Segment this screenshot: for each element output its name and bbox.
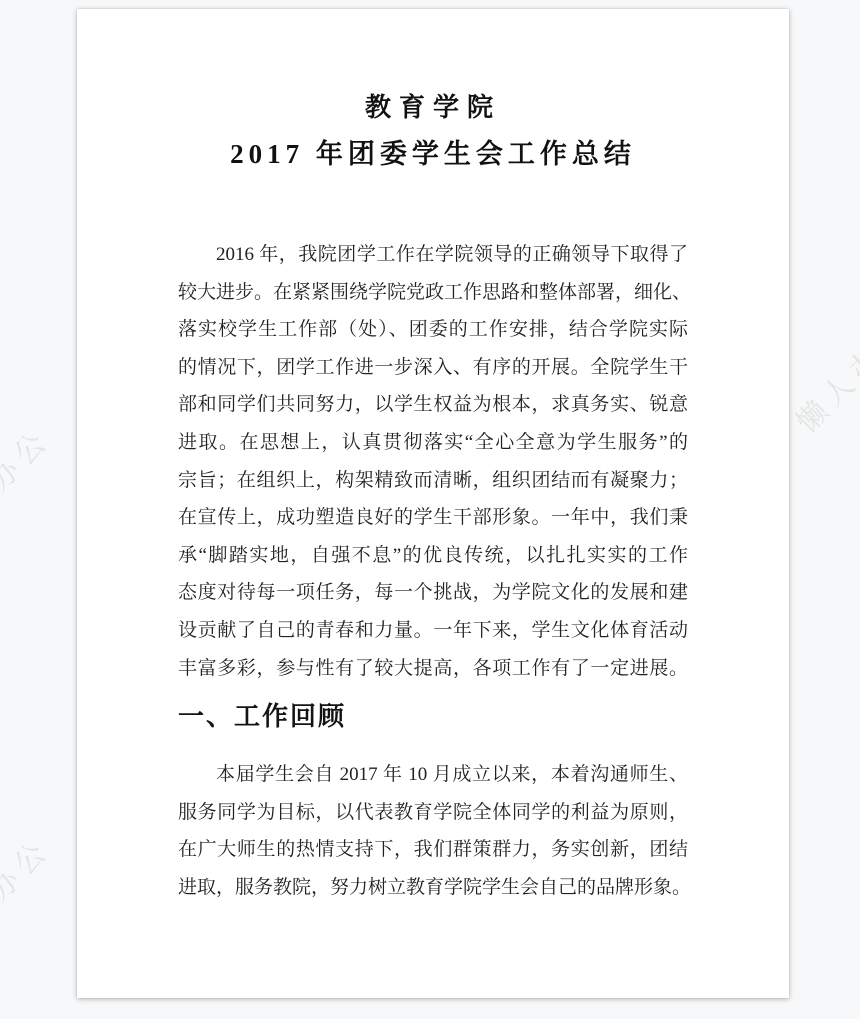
document-preview-canvas: 懒人办公 懒人办公 懒人办公 懒人办公 教育学院 2017 年团委学生会工作总结…	[0, 0, 860, 1019]
text-line: 服务同学为目标，以代表教育学院全体同学的利益为原则，	[178, 794, 688, 832]
text-line: 进取，服务教院，努力树立教育学院学生会自己的品牌形象。	[178, 869, 688, 907]
paragraph-work-review: 本届学生会自 2017 年 10 月成立以来，本着沟通师生、服务同学为目标，以代…	[178, 756, 688, 906]
text-line: 落实校学生工作部（处）、团委的工作安排，结合学院实际	[178, 311, 688, 349]
text-line: 宗旨；在组织上，构架精致而清晰，组织团结而有凝聚力；	[178, 462, 688, 500]
text-line: 态度对待每一项任务，每一个挑战，为学院文化的发展和建	[178, 574, 688, 612]
paragraph-intro: 2016 年，我院团学工作在学院领导的正确领导下取得了较大进步。在紧紧围绕学院党…	[178, 236, 688, 687]
text-line: 设贡献了自己的青春和力量。一年下来，学生文化体育活动	[178, 612, 688, 650]
text-line: 进取。在思想上，认真贯彻落实“全心全意为学生服务”的	[178, 424, 688, 462]
text-line: 2016 年，我院团学工作在学院领导的正确领导下取得了	[178, 236, 688, 274]
document-title-line1: 教育学院	[77, 91, 789, 125]
document-title-line2: 2017 年团委学生会工作总结	[77, 136, 789, 172]
text-line: 部和同学们共同努力，以学生权益为根本，求真务实、锐意	[178, 386, 688, 424]
text-line: 的情况下，团学工作进一步深入、有序的开展。全院学生干	[178, 349, 688, 387]
text-line: 在广大师生的热情支持下，我们群策群力，务实创新，团结	[178, 831, 688, 869]
text-line: 丰富多彩，参与性有了较大提高，各项工作有了一定进展。	[178, 650, 688, 688]
text-line: 本届学生会自 2017 年 10 月成立以来，本着沟通师生、	[178, 756, 688, 794]
text-line: 较大进步。在紧紧围绕学院党政工作思路和整体部署，细化、	[178, 274, 688, 312]
watermark-text: 懒人办公	[0, 826, 59, 962]
document-page: 教育学院 2017 年团委学生会工作总结 2016 年，我院团学工作在学院领导的…	[77, 9, 789, 998]
watermark-text: 懒人办公	[0, 416, 59, 552]
text-line: 承“脚踏实地，自强不息”的优良传统，以扎扎实实的工作	[178, 537, 688, 575]
text-line: 在宣传上，成功塑造良好的学生干部形象。一年中，我们秉	[178, 499, 688, 537]
section-heading-work-review: 一、工作回顾	[178, 699, 346, 733]
watermark-text: 懒人办公	[784, 305, 860, 441]
